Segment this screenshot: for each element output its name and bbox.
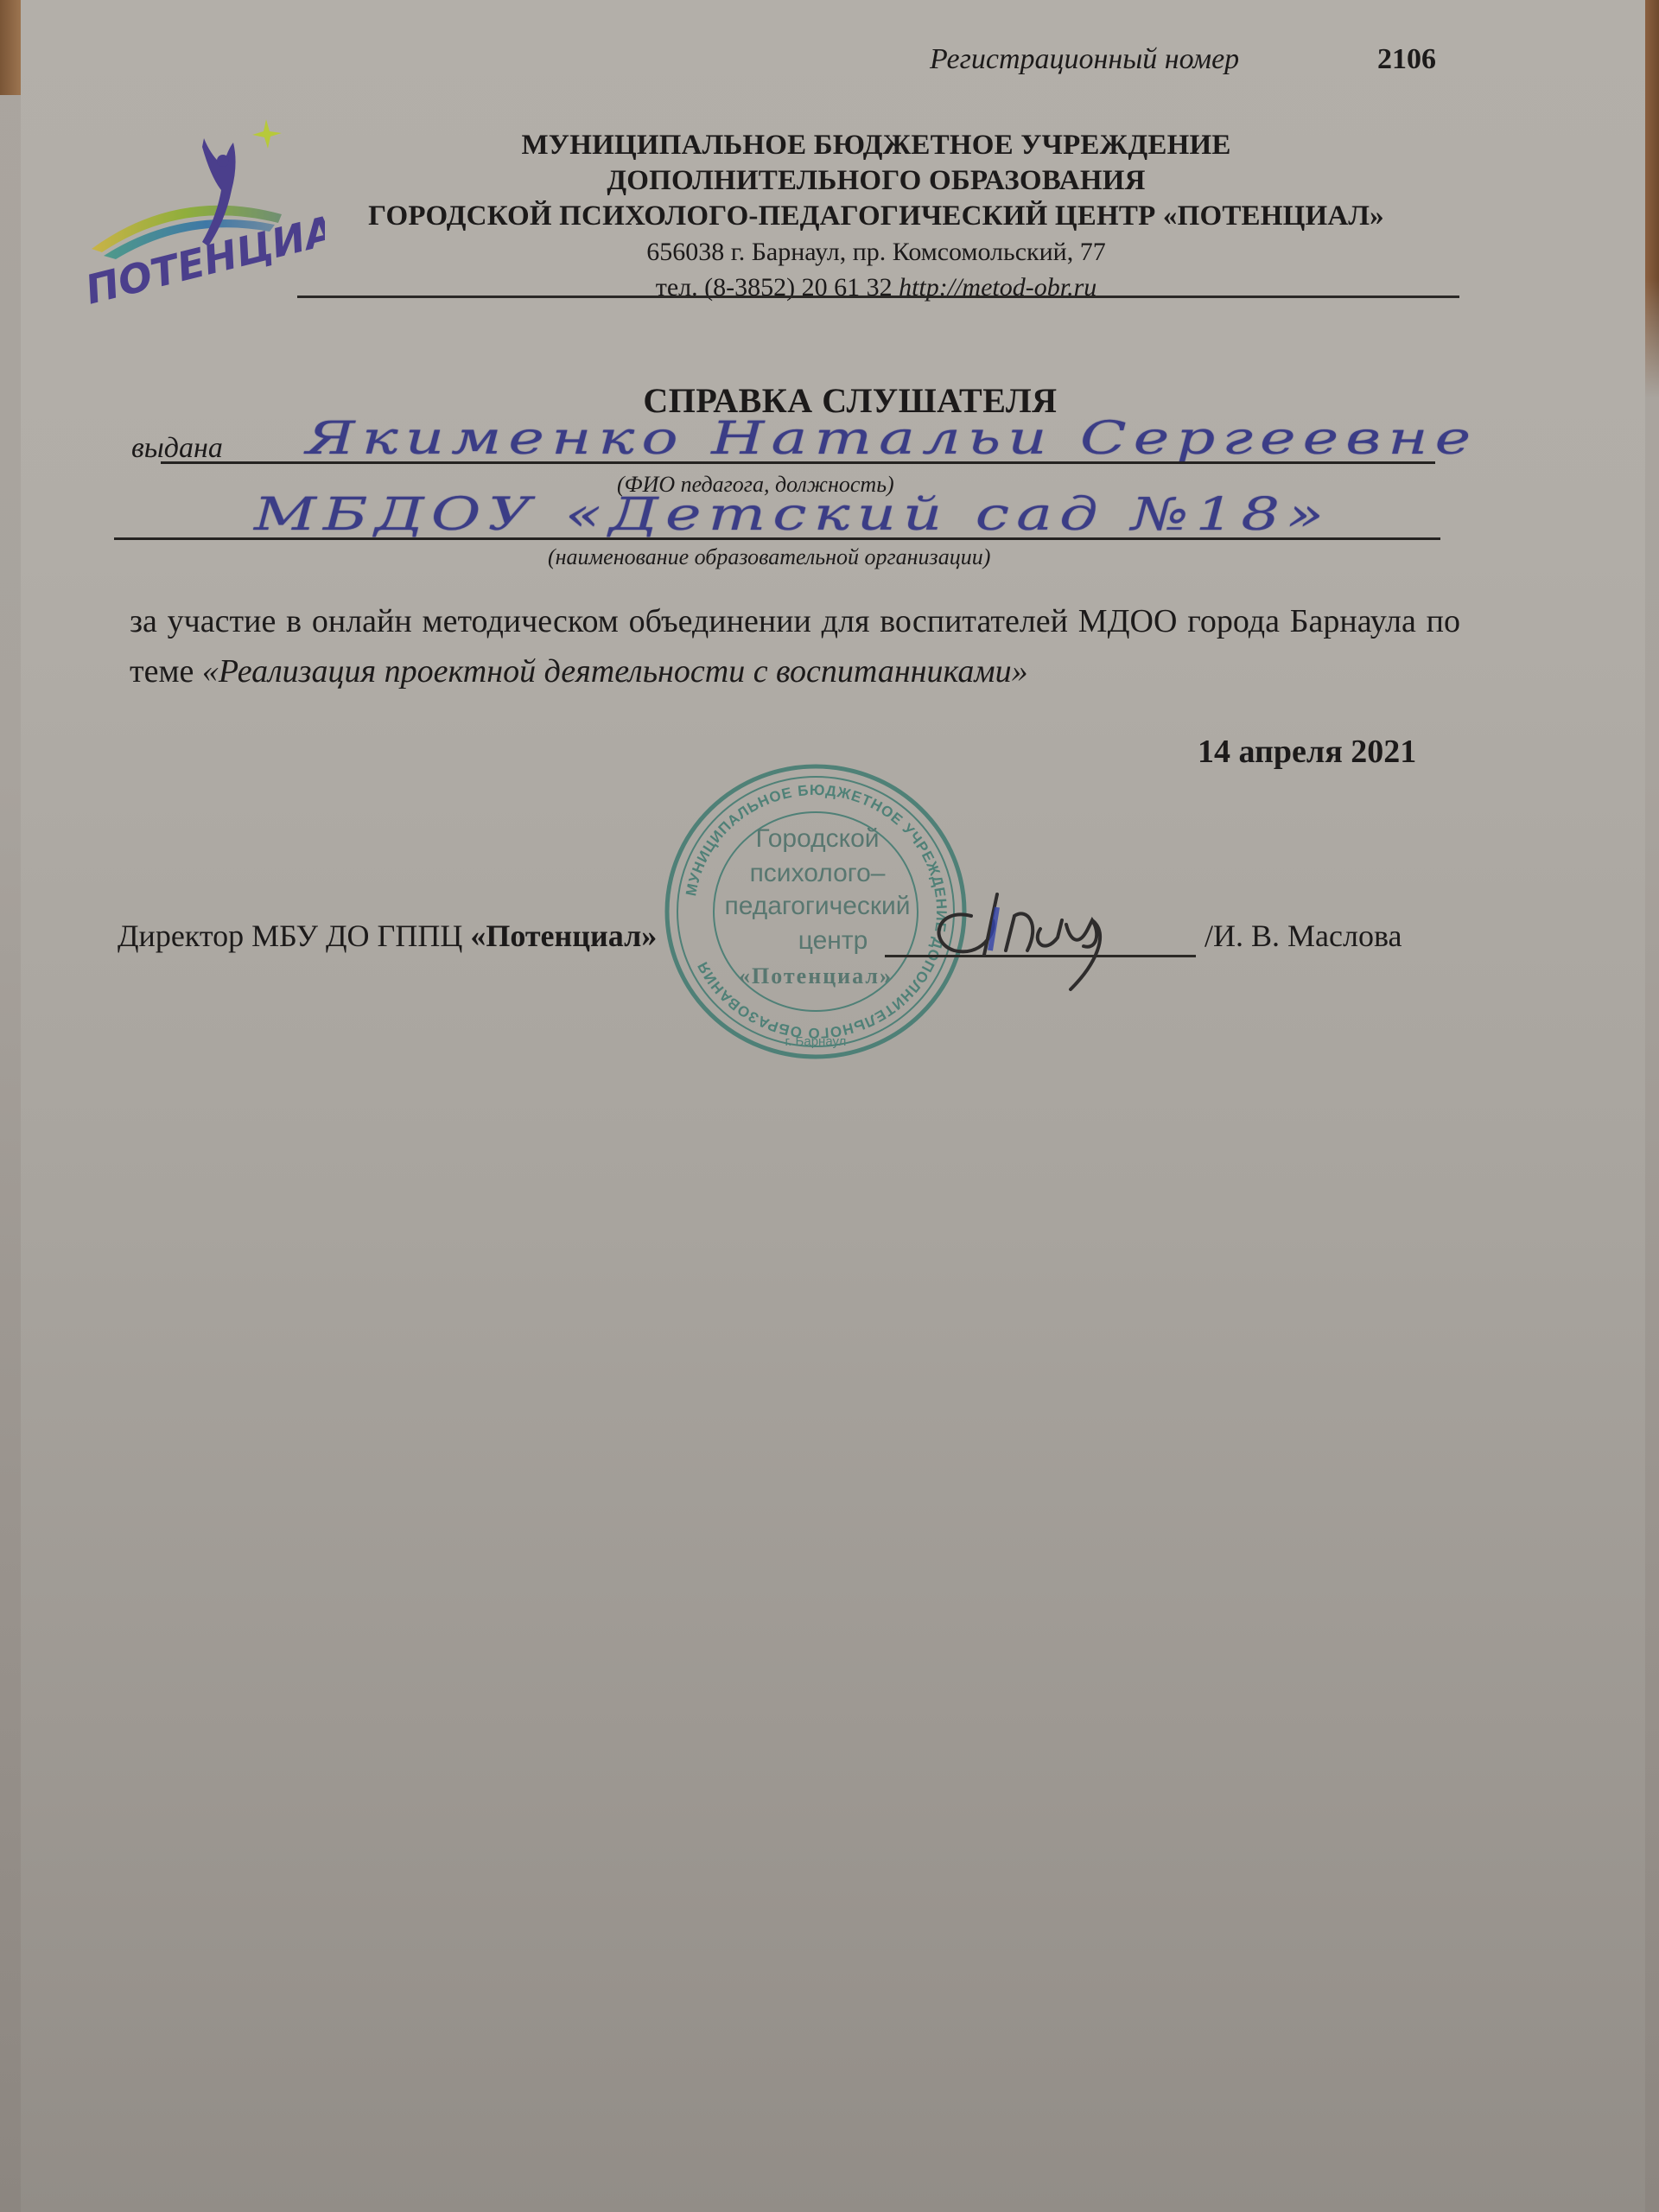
- svg-text:Городской: Городской: [755, 824, 879, 853]
- org-line-2: ДОПОЛНИТЕЛЬНОГО ОБРАЗОВАНИЯ: [306, 163, 1446, 199]
- org-address: 656038 г. Барнаул, пр. Комсомольский, 77: [306, 234, 1446, 270]
- director-position: Директор МБУ ДО ГППЦ «Потенциал»: [118, 918, 657, 954]
- certificate-page: Регистрационный номер 2106 ПОТЕНЦИАЛ МУН…: [21, 0, 1645, 2212]
- registration-label: Регистрационный номер: [930, 43, 1239, 76]
- signer-name: /И. В. Маслова: [1205, 918, 1402, 954]
- svg-text:центр: центр: [798, 926, 868, 955]
- registration-number: 2106: [1377, 43, 1436, 76]
- handwritten-organization: МБДОУ «Детский сад №18»: [254, 489, 1331, 541]
- table-edge-left: [0, 0, 21, 95]
- potential-logo-icon: ПОТЕНЦИАЛ: [74, 104, 325, 311]
- org-line-1: МУНИЦИПАЛЬНОЕ БЮДЖЕТНОЕ УЧРЕЖДЕНИЕ: [306, 128, 1446, 163]
- handwritten-recipient-name: Якименко Натальи Сергеевне: [306, 413, 1478, 465]
- director-title: Директор МБУ ДО ГППЦ: [118, 918, 470, 953]
- svg-text:«Потенциал»: «Потенциал»: [739, 963, 893, 988]
- signature-icon: [911, 881, 1187, 994]
- event-topic: «Реализация проектной деятельности с вос…: [202, 653, 1028, 690]
- organization-header: МУНИЦИПАЛЬНОЕ БЮДЖЕТНОЕ УЧРЕЖДЕНИЕ ДОПОЛ…: [306, 128, 1446, 305]
- svg-text:психолого–: психолого–: [750, 859, 886, 887]
- table-edge-right: [1645, 0, 1659, 397]
- certificate-body: за участие в онлайн методическом объедин…: [130, 596, 1460, 696]
- svg-text:педагогический: педагогический: [724, 892, 910, 920]
- organization-line: [114, 537, 1440, 540]
- issue-date: 14 апреля 2021: [1198, 733, 1416, 771]
- org-line-3: ГОРОДСКОЙ ПСИХОЛОГО-ПЕДАГОГИЧЕСКИЙ ЦЕНТР…: [306, 199, 1446, 234]
- organization-caption: (наименование образовательной организаци…: [548, 544, 990, 570]
- svg-text:г. Барнаул: г. Барнаул: [785, 1034, 847, 1049]
- header-divider: [297, 296, 1459, 298]
- org-contacts: тел. (8-3852) 20 61 32 http://metod-obr.…: [306, 270, 1446, 305]
- recipient-name-line: [161, 461, 1435, 464]
- director-org: «Потенциал»: [470, 918, 657, 953]
- issued-label: выдана: [131, 432, 223, 465]
